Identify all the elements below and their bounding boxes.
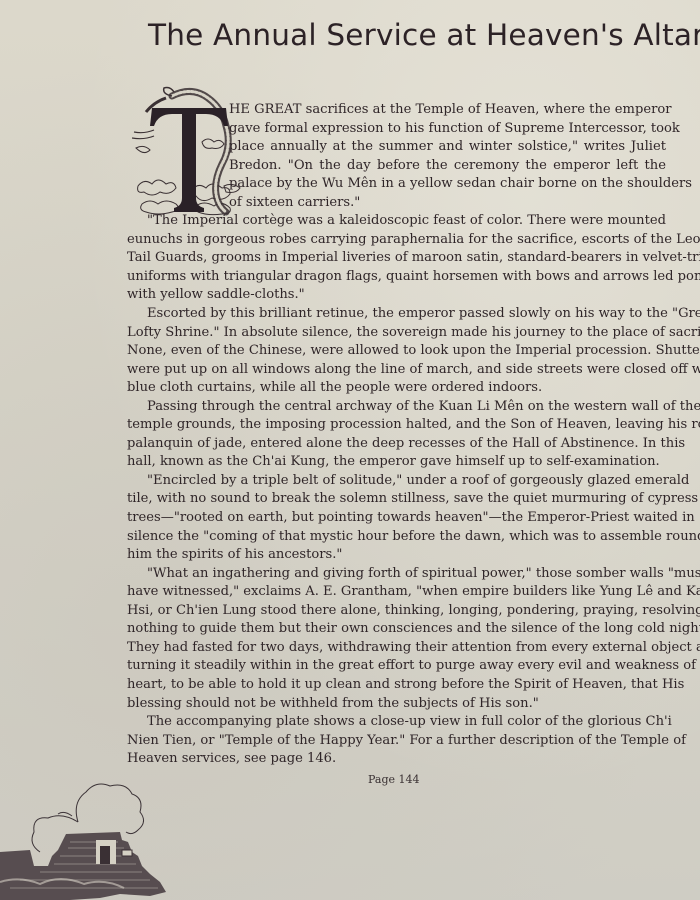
text-line: uniforms with triangular dragon flags, q… — [127, 268, 666, 287]
paragraph: "Encircled by a triple belt of solitude,… — [127, 472, 666, 565]
text-line: him the spirits of his ancestors." — [127, 546, 666, 565]
paragraph: "The Imperial cortège was a kaleidoscopi… — [127, 212, 666, 305]
text-line: were put up on all windows along the lin… — [127, 361, 666, 380]
temple-vignette-icon — [0, 770, 180, 900]
text-line: of sixteen carriers." — [127, 194, 666, 213]
text-line: Lofty Shrine." In absolute silence, the … — [127, 324, 666, 343]
paragraph: HE GREAT sacrifices at the Temple of Hea… — [127, 101, 666, 212]
text-line: temple grounds, the imposing procession … — [127, 416, 666, 435]
text-line: palanquin of jade, entered alone the dee… — [127, 435, 666, 454]
text-line: have witnessed," exclaims A. E. Grantham… — [127, 583, 666, 602]
text-line: Nien Tien, or "Temple of the Happy Year.… — [127, 732, 666, 751]
text-line: "The Imperial cortège was a kaleidoscopi… — [127, 212, 666, 231]
paragraph: Passing through the central archway of t… — [127, 398, 666, 472]
text-line: Bredon. "On the day before the ceremony … — [127, 157, 666, 176]
text-line: Tail Guards, grooms in Imperial liveries… — [127, 249, 666, 268]
text-line: Hsi, or Ch'ien Lung stood there alone, t… — [127, 602, 666, 621]
text-line: "What an ingathering and giving forth of… — [127, 565, 666, 584]
text-line: None, even of the Chinese, were allowed … — [127, 342, 666, 361]
article-body: HE GREAT sacrifices at the Temple of Hea… — [127, 101, 666, 769]
text-line: The accompanying plate shows a close-up … — [127, 713, 666, 732]
text-line: Escorted by this brilliant retinue, the … — [127, 305, 666, 324]
text-line: They had fasted for two days, withdrawin… — [127, 639, 666, 658]
text-line: palace by the Wu Mên in a yellow sedan c… — [127, 175, 666, 194]
page-number: Page 144 — [368, 773, 420, 786]
footer-illustration — [0, 770, 180, 900]
text-line: Passing through the central archway of t… — [127, 398, 666, 417]
text-line: blue cloth curtains, while all the peopl… — [127, 379, 666, 398]
paragraph: The accompanying plate shows a close-up … — [127, 713, 666, 769]
text-line: Heaven services, see page 146. — [127, 750, 666, 769]
paragraph: Escorted by this brilliant retinue, the … — [127, 305, 666, 398]
text-line: heart, to be able to hold it up clean an… — [127, 676, 666, 695]
text-line: turning it steadily within in the great … — [127, 657, 666, 676]
text-line: HE GREAT sacrifices at the Temple of Hea… — [127, 101, 666, 120]
text-line: blessing should not be withheld from the… — [127, 695, 666, 714]
text-line: gave formal expression to his function o… — [127, 120, 666, 139]
text-line: hall, known as the Ch'ai Kung, the emper… — [127, 453, 666, 472]
page-title: The Annual Service at Heaven's Altar — [148, 18, 668, 52]
text-line: place annually at the summer and winter … — [127, 138, 666, 157]
text-line: eunuchs in gorgeous robes carrying parap… — [127, 231, 666, 250]
text-line: "Encircled by a triple belt of solitude,… — [127, 472, 666, 491]
text-line: tile, with no sound to break the solemn … — [127, 490, 666, 509]
text-line: trees—"rooted on earth, but pointing tow… — [127, 509, 666, 528]
paragraph: "What an ingathering and giving forth of… — [127, 565, 666, 713]
text-line: silence the "coming of that mystic hour … — [127, 528, 666, 547]
text-line: with yellow saddle-cloths." — [127, 286, 666, 305]
text-line: nothing to guide them but their own cons… — [127, 620, 666, 639]
